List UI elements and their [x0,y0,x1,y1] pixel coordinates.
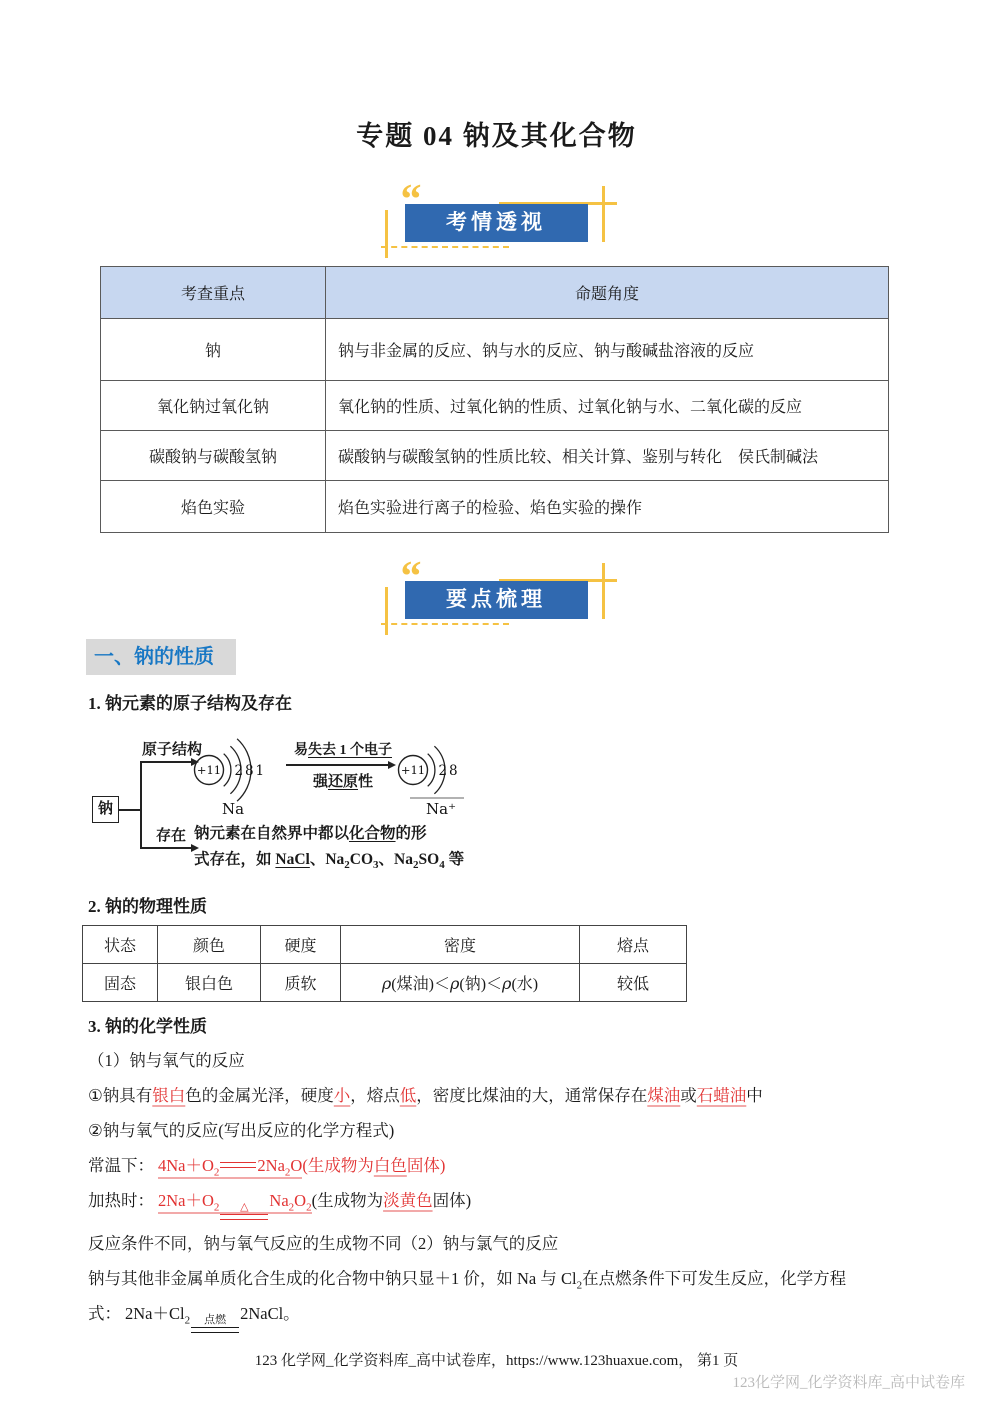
subheading-chemical-properties: 3. 钠的化学性质 [88,1012,993,1037]
highlight-paraffin-oil: 石蜡油 [697,1086,747,1105]
equation-nacl: 式：2Na＋Cl2点燃2NaCl。 [88,1302,923,1333]
existence-description: 钠元素在自然界中都以化合物的形 式存在，如 NaCl、Na2CO3、Na2SO4… [194,821,494,873]
para-oxygen-equation-prompt: ②钠与氧气的反应(写出反应的化学方程式) [88,1119,923,1142]
cell-angle: 焰色实验进行离子的检验、焰色实验的操作 [326,481,889,533]
note-text: (生成物为 [302,1156,374,1175]
quote-icon: “ [401,180,422,220]
condition-ignite: 点燃 [204,1314,226,1327]
table-row: 钠 钠与非金属的反应、钠与水的反应、钠与酸碱盐溶液的反应 [101,319,889,381]
text: CO [350,851,373,868]
cell-angle: 氧化钠的性质、过氧化钠的性质、过氧化钠与水、二氧化碳的反应 [326,381,889,431]
label-text-underlined: 还原 [328,774,358,790]
label-text: 性 [358,774,373,790]
na-atom-shell-diagram: +11 2 8 1 Na [192,734,288,816]
col-header-hardness: 硬度 [261,926,341,964]
equation-label: 常温下： [88,1156,154,1175]
atom-symbol-na: Na [222,800,244,816]
banner-decor-dash-line [381,246,509,248]
note-text: 固体) [407,1156,446,1175]
cell-focus: 氧化钠过氧化钠 [101,381,326,431]
table-row: 碳酸钠与碳酸氢钠 碳酸钠与碳酸氢钠的性质比较、相关计算、鉴别与转化 侯氏制碱法 [101,431,889,481]
table-header-row: 状态 颜色 硬度 密度 熔点 [83,926,687,964]
highlight-silver-white: 银白 [152,1086,185,1105]
label-text-underlined: 失去 1 个电子 [308,743,392,758]
equation-label: 加热时： [88,1191,154,1210]
text-underlined: 化合物 [349,825,396,842]
cell-focus: 碳酸钠与碳酸氢钠 [101,431,326,481]
diagram-connector [140,761,142,849]
formula-nacl: NaCl [275,851,309,868]
chemical-equation-na2o: 4Na＋O22Na2O [158,1156,302,1179]
text: ，熔点 [350,1086,400,1105]
section-heading-sodium-properties: 一、钠的性质 [86,639,236,675]
shell-electrons: 8 [245,763,254,779]
text: 或 [680,1086,697,1105]
rho-symbol: ρ [382,974,391,993]
banner-decor-left-line [385,587,388,635]
table-row: 固态 银白色 质软 ρ(煤油)＜ρ(钠)＜ρ(水) 较低 [83,964,687,1002]
sodium-structure-diagram: 钠 原子结构 存在 +11 2 8 1 Na 易失去 1 个电子 强还原性 +1… [88,722,528,882]
existence-line-2: 式存在，如 NaCl、Na2CO3、Na2SO4 等 [194,847,494,873]
text: 式存在，如 [194,851,275,868]
rho-symbol: ρ [450,974,459,993]
nucleus-charge: +11 [401,763,425,777]
na-ion-shell-diagram: +11 2 8 Na⁺ [396,734,480,816]
subheading-atomic-structure: 1. 钠元素的原子结构及存在 [88,689,993,714]
text: 中 [746,1086,763,1105]
atom-symbol-na-ion: Na⁺ [426,800,456,816]
para-oxygen-reaction-title: （1）钠与氧气的反应 [88,1049,923,1072]
less-than: ＜ [486,976,502,993]
watermark-text: 123化学网_化学资料库_高中试卷库 [732,1371,965,1392]
highlight-small: 小 [334,1086,351,1105]
existence-line-1: 钠元素在自然界中都以化合物的形 [194,821,494,847]
text: 在点燃条件下可发生反应，化学方程 [582,1269,846,1288]
text: (煤油) [391,976,434,993]
para-condition-note: 反应条件不同，钠与氧气反应的生成物不同（2）钠与氯气的反应 [88,1232,923,1255]
equation-label: 式： [88,1304,121,1323]
col-header-melting: 熔点 [580,926,687,964]
equation-lhs: 2Na＋O [158,1191,214,1210]
subscript: 2 [214,1166,220,1178]
diagram-root-node: 钠 [92,796,119,823]
condition-delta: △ [240,1201,248,1214]
text: ①钠具有 [88,1086,152,1105]
double-equals [220,1214,268,1220]
less-than: ＜ [434,976,450,993]
text: ，密度比煤油的大，通常保存在 [416,1086,647,1105]
nucleus-charge: +11 [197,763,221,777]
page-title: 专题 04 钠及其化合物 [0,118,993,154]
equation-rhs: 2Na [257,1156,285,1175]
cell-density: ρ(煤油)＜ρ(钠)＜ρ(水) [341,964,580,1002]
exam-focus-table: 考查重点 命题角度 钠 钠与非金属的反应、钠与水的反应、钠与酸碱盐溶液的反应 氧… [100,266,889,533]
text: 等 [445,851,464,868]
col-header-state: 状态 [83,926,158,964]
text: (水) [511,976,538,993]
note-text: (生成物为 [312,1191,384,1210]
equation-lhs: 4Na＋O [158,1156,214,1175]
chemical-equation-na2o2: 2Na＋O2△Na2O2 [158,1191,312,1214]
page-footer: 123 化学网_化学资料库_高中试卷库，https://www.123huaxu… [0,1349,993,1370]
cell-angle: 钠与非金属的反应、钠与水的反应、钠与酸碱盐溶液的反应 [326,319,889,381]
label-text: 易 [294,743,308,758]
highlight-kerosene: 煤油 [647,1086,680,1105]
text: 钠元素在自然界中都以 [194,825,349,842]
diagram-connector [119,809,140,811]
equation-rhs: Na [269,1191,288,1210]
shell-electrons: 1 [256,763,265,779]
para-sodium-description: ①钠具有银白色的金属光泽，硬度小，熔点低，密度比煤油的大，通常保存在煤油或石蜡油… [88,1084,923,1107]
highlight-pale-yellow: 淡黄色 [383,1191,433,1210]
cell-angle: 碳酸钠与碳酸氢钠的性质比较、相关计算、鉴别与转化 侯氏制碱法 [326,431,889,481]
arrow-right-icon [388,761,396,769]
equation-lhs: 2Na＋Cl [125,1304,185,1323]
subscript: 2 [185,1314,191,1326]
table-row: 焰色实验 焰色实验进行离子的检验、焰色实验的操作 [101,481,889,533]
double-equals-with-condition: △ [220,1201,268,1220]
diagram-branch-line [140,761,192,763]
double-equals [191,1327,239,1333]
cell-state: 固态 [83,964,158,1002]
quote-icon: “ [401,557,422,597]
banner-label-key-points: 要点梳理 [405,581,588,619]
banner-exam-insight: “ 考情透视 [397,196,597,242]
document-page: 专题 04 钠及其化合物 “ 考情透视 考查重点 命题角度 钠 钠与非金属的反应… [0,0,993,1404]
double-equals-with-condition: 点燃 [191,1314,239,1333]
label-text: 强 [313,774,328,790]
equation-rhs: O [290,1156,302,1175]
shell-electrons: 2 [235,763,244,779]
highlight-low: 低 [400,1086,417,1105]
text: 、Na [379,851,413,868]
text: (钠) [459,976,486,993]
highlight-white: 白色 [374,1156,407,1175]
physical-properties-table: 状态 颜色 硬度 密度 熔点 固态 银白色 质软 ρ(煤油)＜ρ(钠)＜ρ(水)… [82,925,687,1002]
cell-color: 银白色 [158,964,261,1002]
banner-decor-dash-line [381,623,509,625]
col-header-density: 密度 [341,926,580,964]
text: 钠与其他非金属单质化合生成的化合物中钠只显＋1 价，如 Na 与 Cl [88,1269,577,1288]
transition-arrow-line [286,764,390,766]
table-header-row: 考查重点 命题角度 [101,267,889,319]
branch-label-existence: 存在 [156,824,186,845]
banner-key-points: “ 要点梳理 [397,573,597,619]
col-header-focus: 考查重点 [101,267,326,319]
double-equals [220,1162,256,1168]
banner-decor-left-line [385,210,388,258]
subscript: 2 [214,1201,220,1213]
cell-focus: 焰色实验 [101,481,326,533]
para-chlorine-reaction: 钠与其他非金属单质化合生成的化合物中钠只显＋1 价，如 Na 与 Cl2在点燃条… [88,1267,923,1290]
equation-heated: 加热时：2Na＋O2△Na2O2(生成物为淡黄色固体) [88,1189,923,1220]
text: SO [419,851,440,868]
text: 的形 [396,825,427,842]
col-header-color: 颜色 [158,926,261,964]
text: 、Na [310,851,344,868]
equation-rhs: O [294,1191,306,1210]
banner-label-exam-insight: 考情透视 [405,204,588,242]
note-text: 固体) [433,1191,472,1210]
equation-room-temp: 常温下：4Na＋O22Na2O(生成物为白色固体) [88,1154,923,1177]
banner-decor-right-line [602,563,605,619]
cell-focus: 钠 [101,319,326,381]
subheading-physical-properties: 2. 钠的物理性质 [88,892,993,917]
cell-melting: 较低 [580,964,687,1002]
chemical-equation-nacl: 2Na＋Cl2点燃2NaCl。 [125,1304,300,1323]
banner-decor-right-line [602,186,605,242]
diagram-branch-line [140,847,192,849]
col-header-angle: 命题角度 [326,267,889,319]
shell-electrons: 8 [449,763,458,779]
cell-hardness: 质软 [261,964,341,1002]
shell-electrons: 2 [439,763,448,779]
equation-rhs: 2NaCl。 [240,1304,300,1323]
table-row: 氧化钠过氧化钠 氧化钠的性质、过氧化钠的性质、过氧化钠与水、二氧化碳的反应 [101,381,889,431]
text: 色的金属光泽，硬度 [185,1086,334,1105]
transition-label-bottom: 强还原性 [282,770,404,791]
transition-label-top: 易失去 1 个电子 [282,739,404,759]
